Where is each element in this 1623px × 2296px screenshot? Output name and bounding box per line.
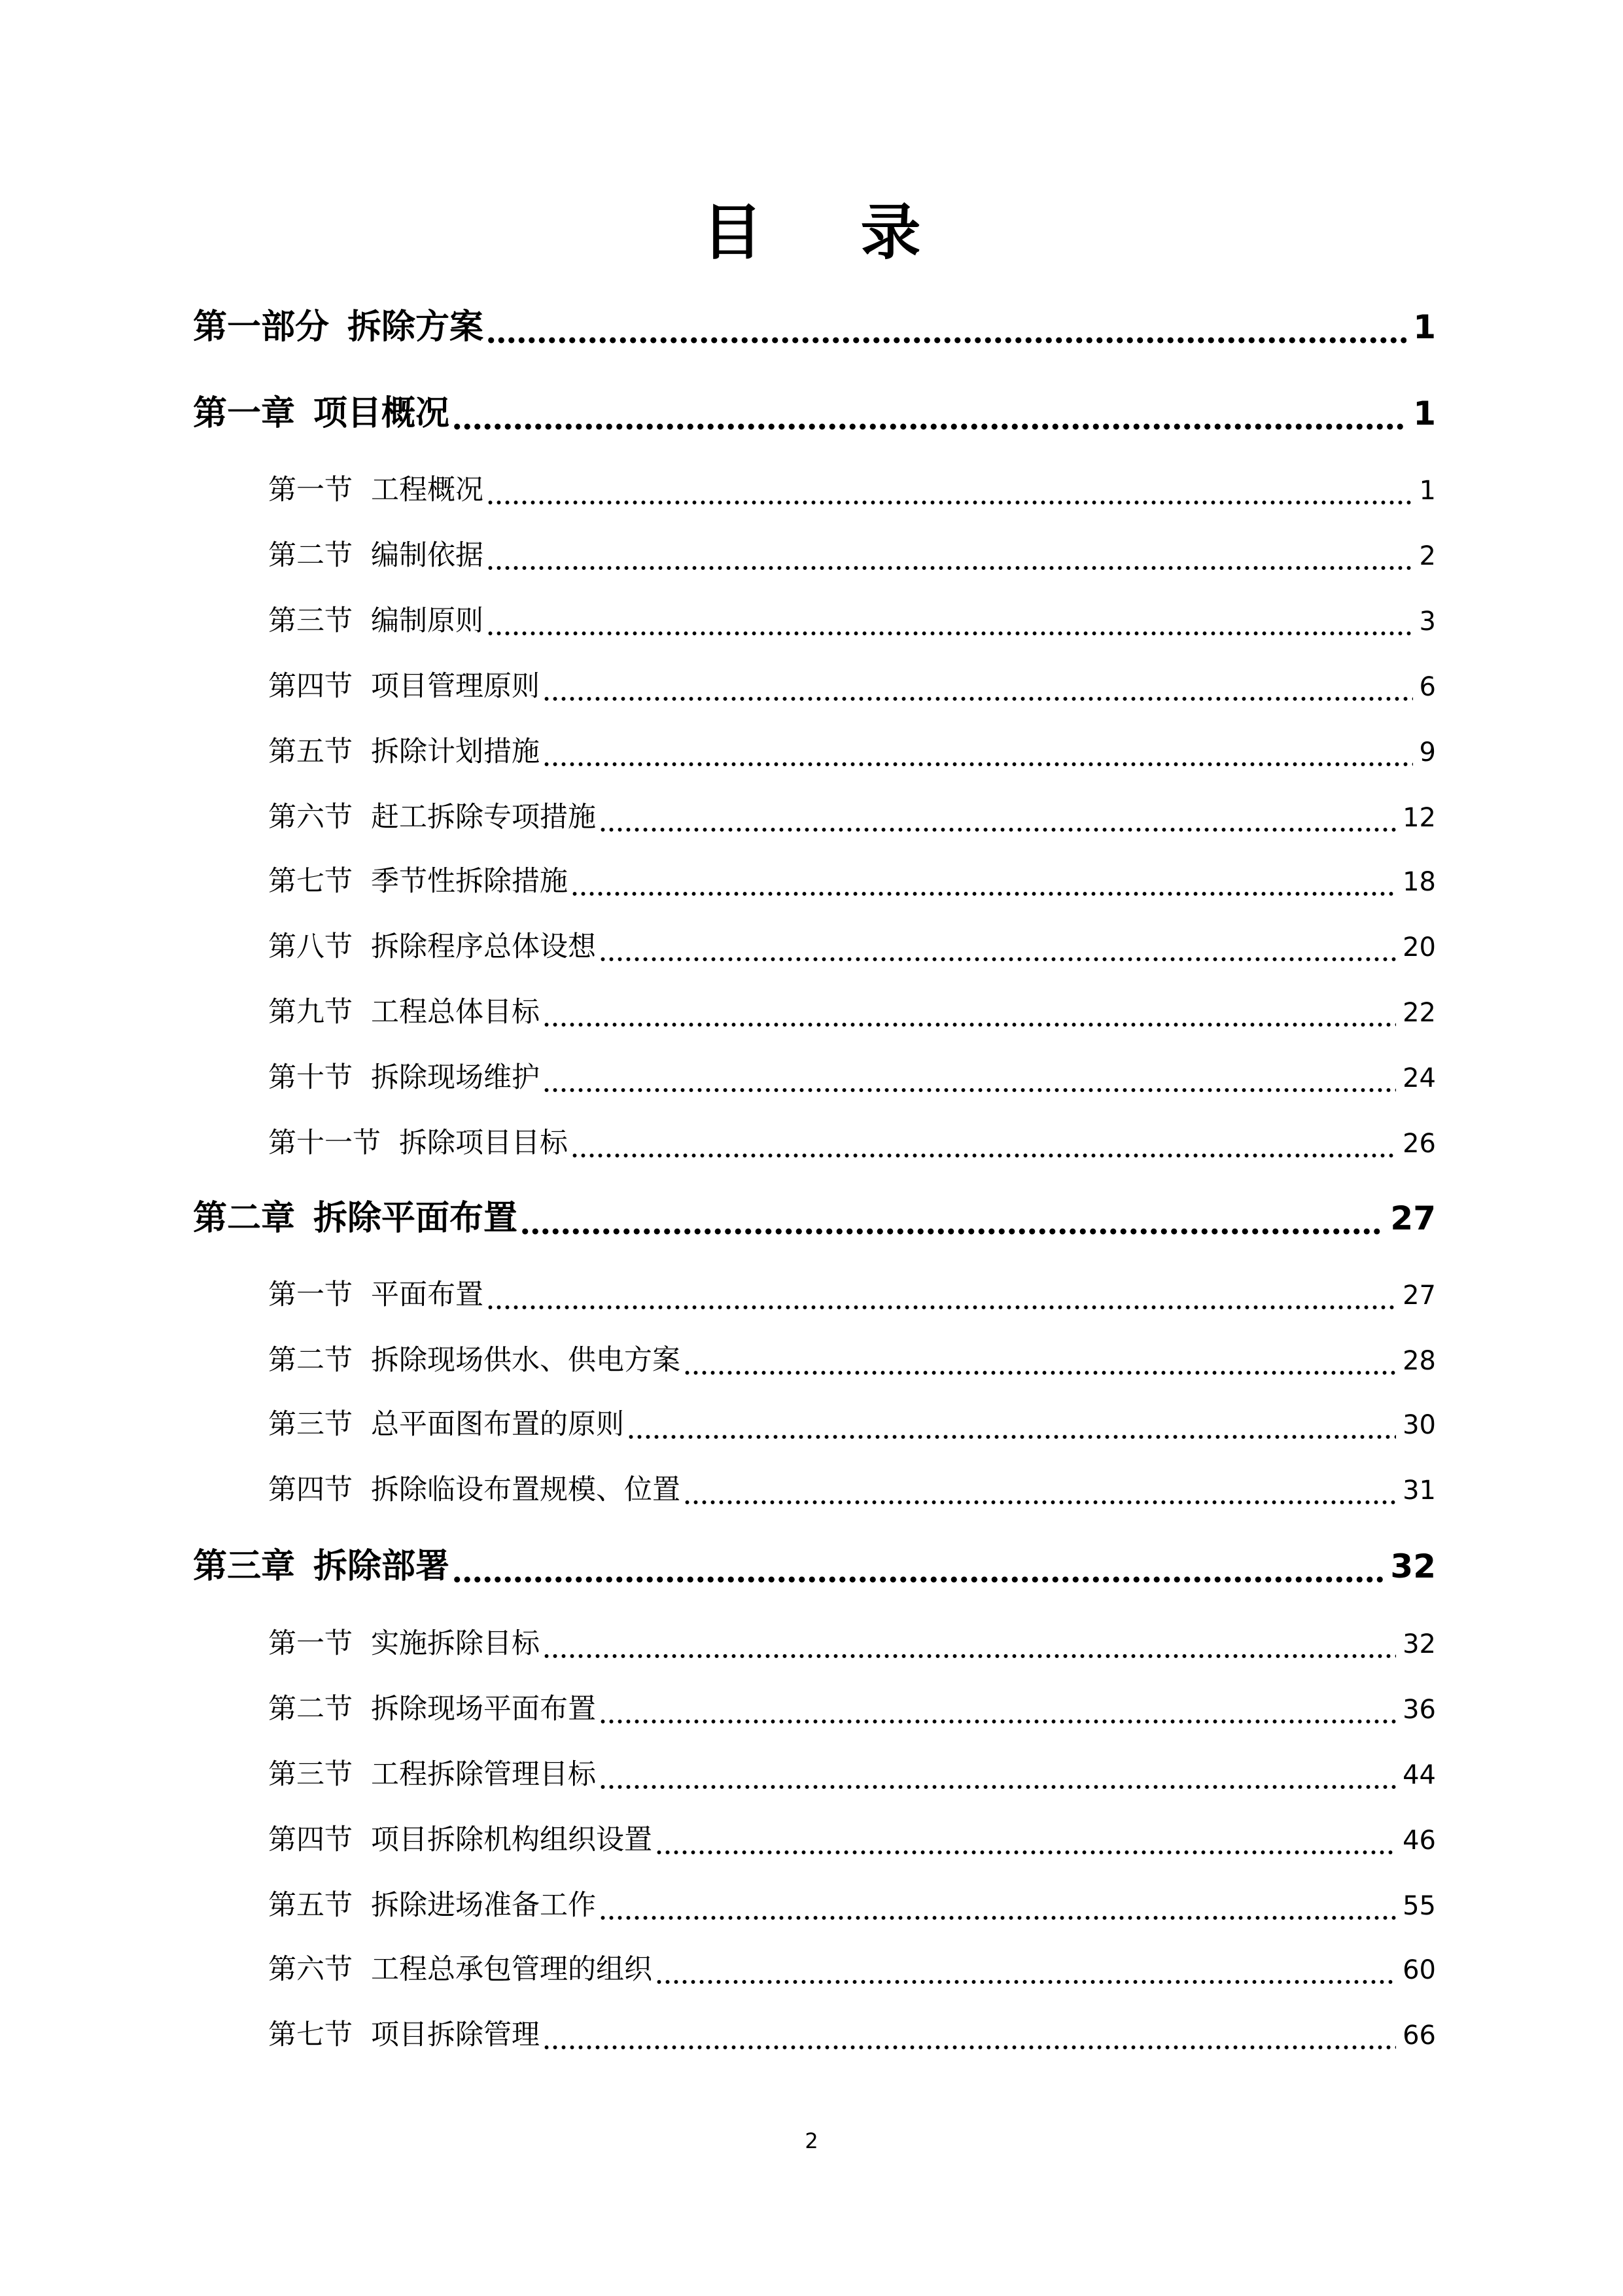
- toc-entry-page-number: 3: [1420, 604, 1436, 639]
- toc-entry-page-number: 46: [1403, 1823, 1436, 1858]
- toc-entry-label: 第四节项目管理原则: [268, 669, 540, 704]
- toc-entry-label: 第二章拆除平面布置: [193, 1197, 517, 1239]
- dot-leader: [599, 1888, 1396, 1924]
- toc-entry-page-number: 27: [1390, 1197, 1436, 1239]
- toc-entry-title: 工程拆除管理目标: [371, 1758, 596, 1791]
- toc-entry-title: 项目管理原则: [371, 670, 540, 703]
- toc-entry-label: 第一节平面布置: [268, 1277, 483, 1313]
- toc-entry-number: 第七节: [268, 2019, 353, 2051]
- toc-entry-title: 平面布置: [371, 1279, 483, 1311]
- toc-entry-title: 拆除程序总体设想: [371, 930, 596, 963]
- toc-entry-number: 第六节: [268, 801, 353, 834]
- toc-entry-chapter[interactable]: 第一章项目概况1: [193, 393, 1436, 434]
- toc-entry-number: 第七节: [268, 865, 353, 898]
- toc-entry-number: 第三章: [193, 1547, 295, 1586]
- toc-entry-section[interactable]: 第五节拆除进场准备工作55: [268, 1888, 1436, 1924]
- toc-entry-label: 第四节拆除临设布置规模、位置: [268, 1472, 680, 1508]
- toc-entry-section[interactable]: 第四节项目拆除机构组织设置46: [268, 1822, 1436, 1858]
- toc-entry-label: 第三节总平面图布置的原则: [268, 1407, 624, 1442]
- toc-entry-title: 总平面图布置的原则: [371, 1408, 624, 1441]
- toc-entry-label: 第十节拆除现场维护: [268, 1060, 540, 1095]
- toc-entry-title: 工程总承包管理的组织: [371, 1953, 652, 1986]
- toc-entry-section[interactable]: 第十节拆除现场维护24: [268, 1060, 1436, 1096]
- toc-entry-title: 拆除现场供水、供电方案: [371, 1344, 680, 1377]
- toc-entry-number: 第一节: [268, 474, 353, 506]
- dot-leader: [486, 473, 1413, 508]
- toc-entry-number: 第三节: [268, 605, 353, 637]
- toc-entry-label: 第十一节拆除项目目标: [268, 1125, 568, 1161]
- toc-entry-section[interactable]: 第一节工程概况1: [268, 472, 1436, 508]
- dot-leader: [542, 669, 1413, 705]
- toc-entry-label: 第三章拆除部署: [193, 1545, 449, 1587]
- toc-entry-number: 第六节: [268, 1953, 353, 1986]
- toc-entry-title: 季节性拆除措施: [371, 865, 568, 898]
- dot-leader: [542, 1061, 1396, 1096]
- toc-entry-title: 拆除现场平面布置: [371, 1693, 596, 1725]
- toc-entry-page-number: 24: [1403, 1061, 1436, 1096]
- toc-entry-title: 拆除部署: [313, 1547, 449, 1586]
- toc-entry-number: 第一节: [268, 1279, 353, 1311]
- toc-entry-label: 第七节季节性拆除措施: [268, 864, 568, 899]
- toc-entry-number: 第五节: [268, 1889, 353, 1922]
- toc-entry-page-number: 32: [1390, 1545, 1436, 1587]
- toc-entry-page-number: 1: [1413, 306, 1436, 348]
- dot-leader: [655, 1823, 1396, 1858]
- toc-entry-section[interactable]: 第一节平面布置27: [268, 1277, 1436, 1313]
- toc-entry-chapter[interactable]: 第二章拆除平面布置27: [193, 1197, 1436, 1239]
- toc-entry-section[interactable]: 第六节赶工拆除专项措施12: [268, 800, 1436, 836]
- dot-leader: [486, 539, 1413, 574]
- toc-entry-title: 工程总体目标: [371, 996, 540, 1029]
- toc-entry-title: 拆除平面布置: [313, 1199, 517, 1238]
- toc-entry-page-number: 9: [1420, 735, 1436, 770]
- dot-leader: [486, 306, 1406, 348]
- toc-entry-number: 第一节: [268, 1627, 353, 1660]
- page-number: 2: [0, 2128, 1623, 2154]
- toc-entry-title: 项目概况: [313, 394, 449, 433]
- toc-entry-section[interactable]: 第四节拆除临设布置规模、位置31: [268, 1472, 1436, 1508]
- dot-leader: [542, 995, 1396, 1031]
- toc-entry-label: 第二节拆除现场供水、供电方案: [268, 1343, 680, 1378]
- toc-entry-number: 第十节: [268, 1061, 353, 1094]
- toc-entry-number: 第二节: [268, 539, 353, 572]
- toc-entry-label: 第二节拆除现场平面布置: [268, 1691, 596, 1727]
- toc-entry-number: 第一章: [193, 394, 295, 433]
- toc-entry-page-number: 31: [1403, 1473, 1436, 1508]
- toc-entry-section[interactable]: 第四节项目管理原则6: [268, 669, 1436, 705]
- toc-entry-section[interactable]: 第八节拆除程序总体设想20: [268, 929, 1436, 965]
- toc-entry-title: 拆除计划措施: [371, 735, 540, 768]
- dot-leader: [542, 1627, 1396, 1662]
- toc-entry-label: 第七节项目拆除管理: [268, 2017, 540, 2053]
- toc-entry-title: 拆除进场准备工作: [371, 1889, 596, 1922]
- toc-entry-label: 第一章项目概况: [193, 393, 449, 434]
- toc-entry-section[interactable]: 第七节项目拆除管理66: [268, 2017, 1436, 2053]
- dot-leader: [452, 1545, 1384, 1587]
- toc-entry-section[interactable]: 第九节工程总体目标22: [268, 995, 1436, 1031]
- dot-leader: [452, 393, 1406, 434]
- dot-leader: [683, 1473, 1396, 1508]
- toc-entry-section[interactable]: 第三节编制原则3: [268, 603, 1436, 639]
- toc-entry-title: 赶工拆除专项措施: [371, 801, 596, 834]
- toc-entry-section[interactable]: 第七节季节性拆除措施18: [268, 864, 1436, 900]
- dot-leader: [599, 930, 1396, 965]
- toc-entry-number: 第四节: [268, 670, 353, 703]
- dot-leader: [486, 1278, 1396, 1313]
- toc-entry-label: 第三节工程拆除管理目标: [268, 1757, 596, 1792]
- toc-entry-title: 编制原则: [371, 605, 483, 637]
- toc-entry-title: 实施拆除目标: [371, 1627, 540, 1660]
- toc-entry-section[interactable]: 第一节实施拆除目标32: [268, 1626, 1436, 1662]
- toc-entry-title: 编制依据: [371, 539, 483, 572]
- toc-entry-page-number: 36: [1403, 1692, 1436, 1727]
- toc-entry-page-number: 55: [1403, 1888, 1436, 1924]
- toc-entry-label: 第一节工程概况: [268, 472, 483, 508]
- toc-entry-label: 第六节工程总承包管理的组织: [268, 1952, 652, 1987]
- toc-entry-page-number: 44: [1403, 1757, 1436, 1793]
- dot-leader: [599, 800, 1396, 836]
- toc-entry-page-number: 66: [1403, 2018, 1436, 2053]
- toc-entry-number: 第三节: [268, 1758, 353, 1791]
- toc-entry-number: 第四节: [268, 1474, 353, 1506]
- table-of-contents: 第一部分拆除方案1第一章项目概况1第一节工程概况1第二节编制依据2第三节编制原则…: [0, 0, 1623, 2296]
- toc-entry-label: 第五节拆除进场准备工作: [268, 1888, 596, 1923]
- toc-entry-page-number: 32: [1403, 1627, 1436, 1662]
- toc-entry-page-number: 27: [1403, 1278, 1436, 1313]
- dot-leader: [683, 1343, 1396, 1379]
- toc-entry-page-number: 30: [1403, 1407, 1436, 1443]
- dot-leader: [570, 864, 1396, 900]
- toc-entry-number: 第二节: [268, 1693, 353, 1725]
- toc-entry-label: 第八节拆除程序总体设想: [268, 929, 596, 964]
- toc-entry-number: 第二节: [268, 1344, 353, 1377]
- toc-entry-title: 工程概况: [371, 474, 483, 506]
- toc-entry-page-number: 20: [1403, 930, 1436, 965]
- toc-entry-section[interactable]: 第六节工程总承包管理的组织60: [268, 1952, 1436, 1988]
- dot-leader: [520, 1197, 1384, 1239]
- dot-leader: [627, 1407, 1396, 1443]
- toc-entry-page-number: 26: [1403, 1126, 1436, 1161]
- toc-entry-number: 第三节: [268, 1408, 353, 1441]
- dot-leader: [599, 1757, 1396, 1793]
- toc-entry-label: 第二节编制依据: [268, 538, 483, 573]
- toc-entry-label: 第六节赶工拆除专项措施: [268, 800, 596, 835]
- toc-entry-title: 拆除现场维护: [371, 1061, 540, 1094]
- toc-entry-title: 拆除方案: [347, 308, 483, 347]
- toc-entry-label: 第九节工程总体目标: [268, 995, 540, 1030]
- dot-leader: [486, 604, 1413, 639]
- toc-entry-section[interactable]: 第二节拆除现场平面布置36: [268, 1691, 1436, 1727]
- toc-entry-section[interactable]: 第五节拆除计划措施9: [268, 734, 1436, 770]
- toc-entry-title: 拆除项目目标: [399, 1127, 568, 1159]
- toc-entry-page-number: 22: [1403, 995, 1436, 1031]
- dot-leader: [570, 1126, 1396, 1161]
- toc-entry-page-number: 12: [1403, 800, 1436, 836]
- toc-entry-number: 第二章: [193, 1199, 295, 1238]
- dot-leader: [542, 2018, 1396, 2053]
- toc-entry-chapter[interactable]: 第一部分拆除方案1: [193, 306, 1436, 348]
- toc-entry-title: 拆除临设布置规模、位置: [371, 1474, 680, 1506]
- toc-entry-number: 第九节: [268, 996, 353, 1029]
- dot-leader: [599, 1692, 1396, 1727]
- toc-entry-page-number: 1: [1420, 473, 1436, 508]
- toc-entry-section[interactable]: 第三节工程拆除管理目标44: [268, 1757, 1436, 1793]
- toc-entry-label: 第一节实施拆除目标: [268, 1626, 540, 1661]
- toc-entry-number: 第一部分: [193, 308, 329, 347]
- toc-entry-number: 第八节: [268, 930, 353, 963]
- toc-entry-section[interactable]: 第十一节拆除项目目标26: [268, 1125, 1436, 1161]
- toc-entry-label: 第三节编制原则: [268, 603, 483, 639]
- toc-entry-page-number: 28: [1403, 1343, 1436, 1379]
- toc-entry-section[interactable]: 第二节拆除现场供水、供电方案28: [268, 1343, 1436, 1379]
- toc-entry-label: 第一部分拆除方案: [193, 306, 483, 348]
- toc-entry-page-number: 18: [1403, 864, 1436, 900]
- toc-entry-page-number: 1: [1413, 393, 1436, 434]
- toc-entry-page-number: 2: [1420, 539, 1436, 574]
- toc-entry-page-number: 60: [1403, 1952, 1436, 1988]
- dot-leader: [542, 735, 1413, 770]
- toc-entry-label: 第四节项目拆除机构组织设置: [268, 1822, 652, 1858]
- toc-entry-number: 第四节: [268, 1824, 353, 1856]
- toc-entry-page-number: 6: [1420, 669, 1436, 705]
- toc-entry-section[interactable]: 第三节总平面图布置的原则30: [268, 1407, 1436, 1443]
- toc-entry-title: 项目拆除机构组织设置: [371, 1824, 652, 1856]
- dot-leader: [655, 1952, 1396, 1988]
- toc-entry-chapter[interactable]: 第三章拆除部署32: [193, 1545, 1436, 1587]
- toc-entry-title: 项目拆除管理: [371, 2019, 540, 2051]
- toc-entry-number: 第五节: [268, 735, 353, 768]
- toc-entry-number: 第十一节: [268, 1127, 381, 1159]
- toc-entry-section[interactable]: 第二节编制依据2: [268, 538, 1436, 574]
- toc-entry-label: 第五节拆除计划措施: [268, 734, 540, 769]
